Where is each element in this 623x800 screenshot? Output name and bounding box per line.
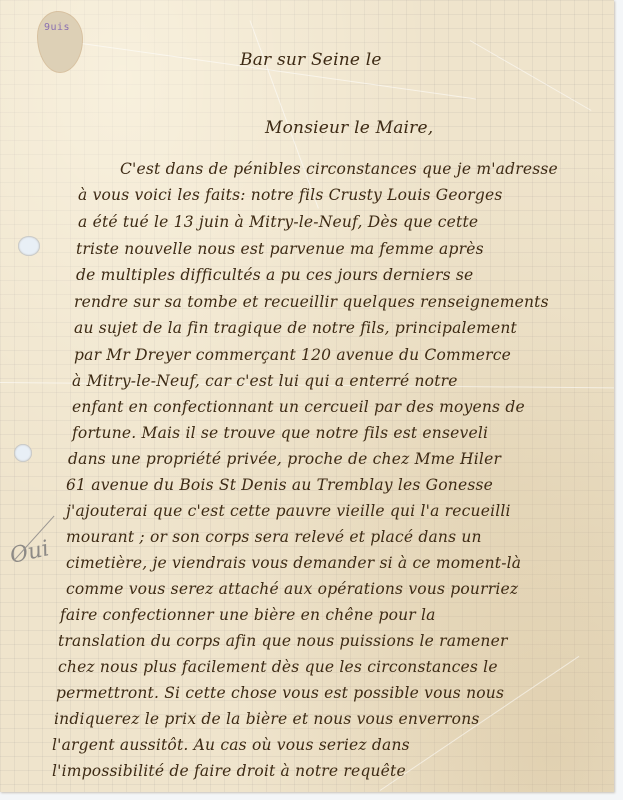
punch-hole	[18, 236, 40, 256]
letter-line: a été tué le 13 juin à Mitry-le-Neuf, Dè…	[78, 213, 478, 231]
letter-line: translation du corps afin que nous puiss…	[58, 632, 508, 650]
letter-page: 9uis Bar sur Seine le Monsieur le Maire,…	[0, 0, 614, 792]
letter-line: rendre sur sa tombe et recueillir quelqu…	[74, 293, 549, 311]
letter-line: l'impossibilité de faire droit à notre r…	[52, 762, 406, 780]
paper-crease	[470, 40, 592, 111]
letter-line: permettront. Si cette chose vous est pos…	[56, 684, 504, 702]
letter-line: par Mr Dreyer commerçant 120 avenue du C…	[74, 346, 511, 364]
letter-line: C'est dans de pénibles circonstances que…	[120, 160, 558, 178]
letter-line: comme vous serez attaché aux opérations …	[66, 580, 518, 598]
archive-stamp-code: 9uis	[44, 22, 70, 33]
letter-line: de multiples difficultés a pu ces jours …	[76, 266, 473, 284]
letter-line: enfant en confectionnant un cercueil par…	[72, 398, 525, 416]
salutation: Monsieur le Maire,	[265, 118, 433, 138]
letter-line: chez nous plus facilement dès que les ci…	[58, 658, 498, 676]
letter-line: j'ajouterai que c'est cette pauvre vieil…	[66, 502, 511, 520]
letter-line: triste nouvelle nous est parvenue ma fem…	[76, 240, 484, 258]
letter-line: à vous voici les faits: notre fils Crust…	[78, 186, 503, 204]
letter-line: faire confectionner une bière en chêne p…	[60, 606, 436, 624]
letter-line: 61 avenue du Bois St Denis au Tremblay l…	[66, 476, 493, 494]
letter-line: à Mitry-le-Neuf, car c'est lui qui a ent…	[72, 372, 458, 390]
letter-line: indiquerez le prix de la bière et nous v…	[54, 710, 480, 728]
place-date-line: Bar sur Seine le	[240, 50, 382, 70]
letter-line: l'argent aussitôt. Au cas où vous seriez…	[52, 736, 410, 754]
letter-line: dans une propriété privée, proche de che…	[68, 450, 501, 468]
letter-line: fortune. Mais il se trouve que notre fil…	[72, 424, 488, 442]
letter-line: mourant ; or son corps sera relevé et pl…	[66, 528, 482, 546]
letter-line: au sujet de la fin tragique de notre fil…	[74, 319, 517, 337]
archive-stamp: 9uis	[38, 12, 82, 72]
punch-hole	[14, 444, 32, 462]
letter-line: cimetière, je viendrais vous demander si…	[66, 554, 521, 572]
paper-crease	[250, 20, 319, 208]
